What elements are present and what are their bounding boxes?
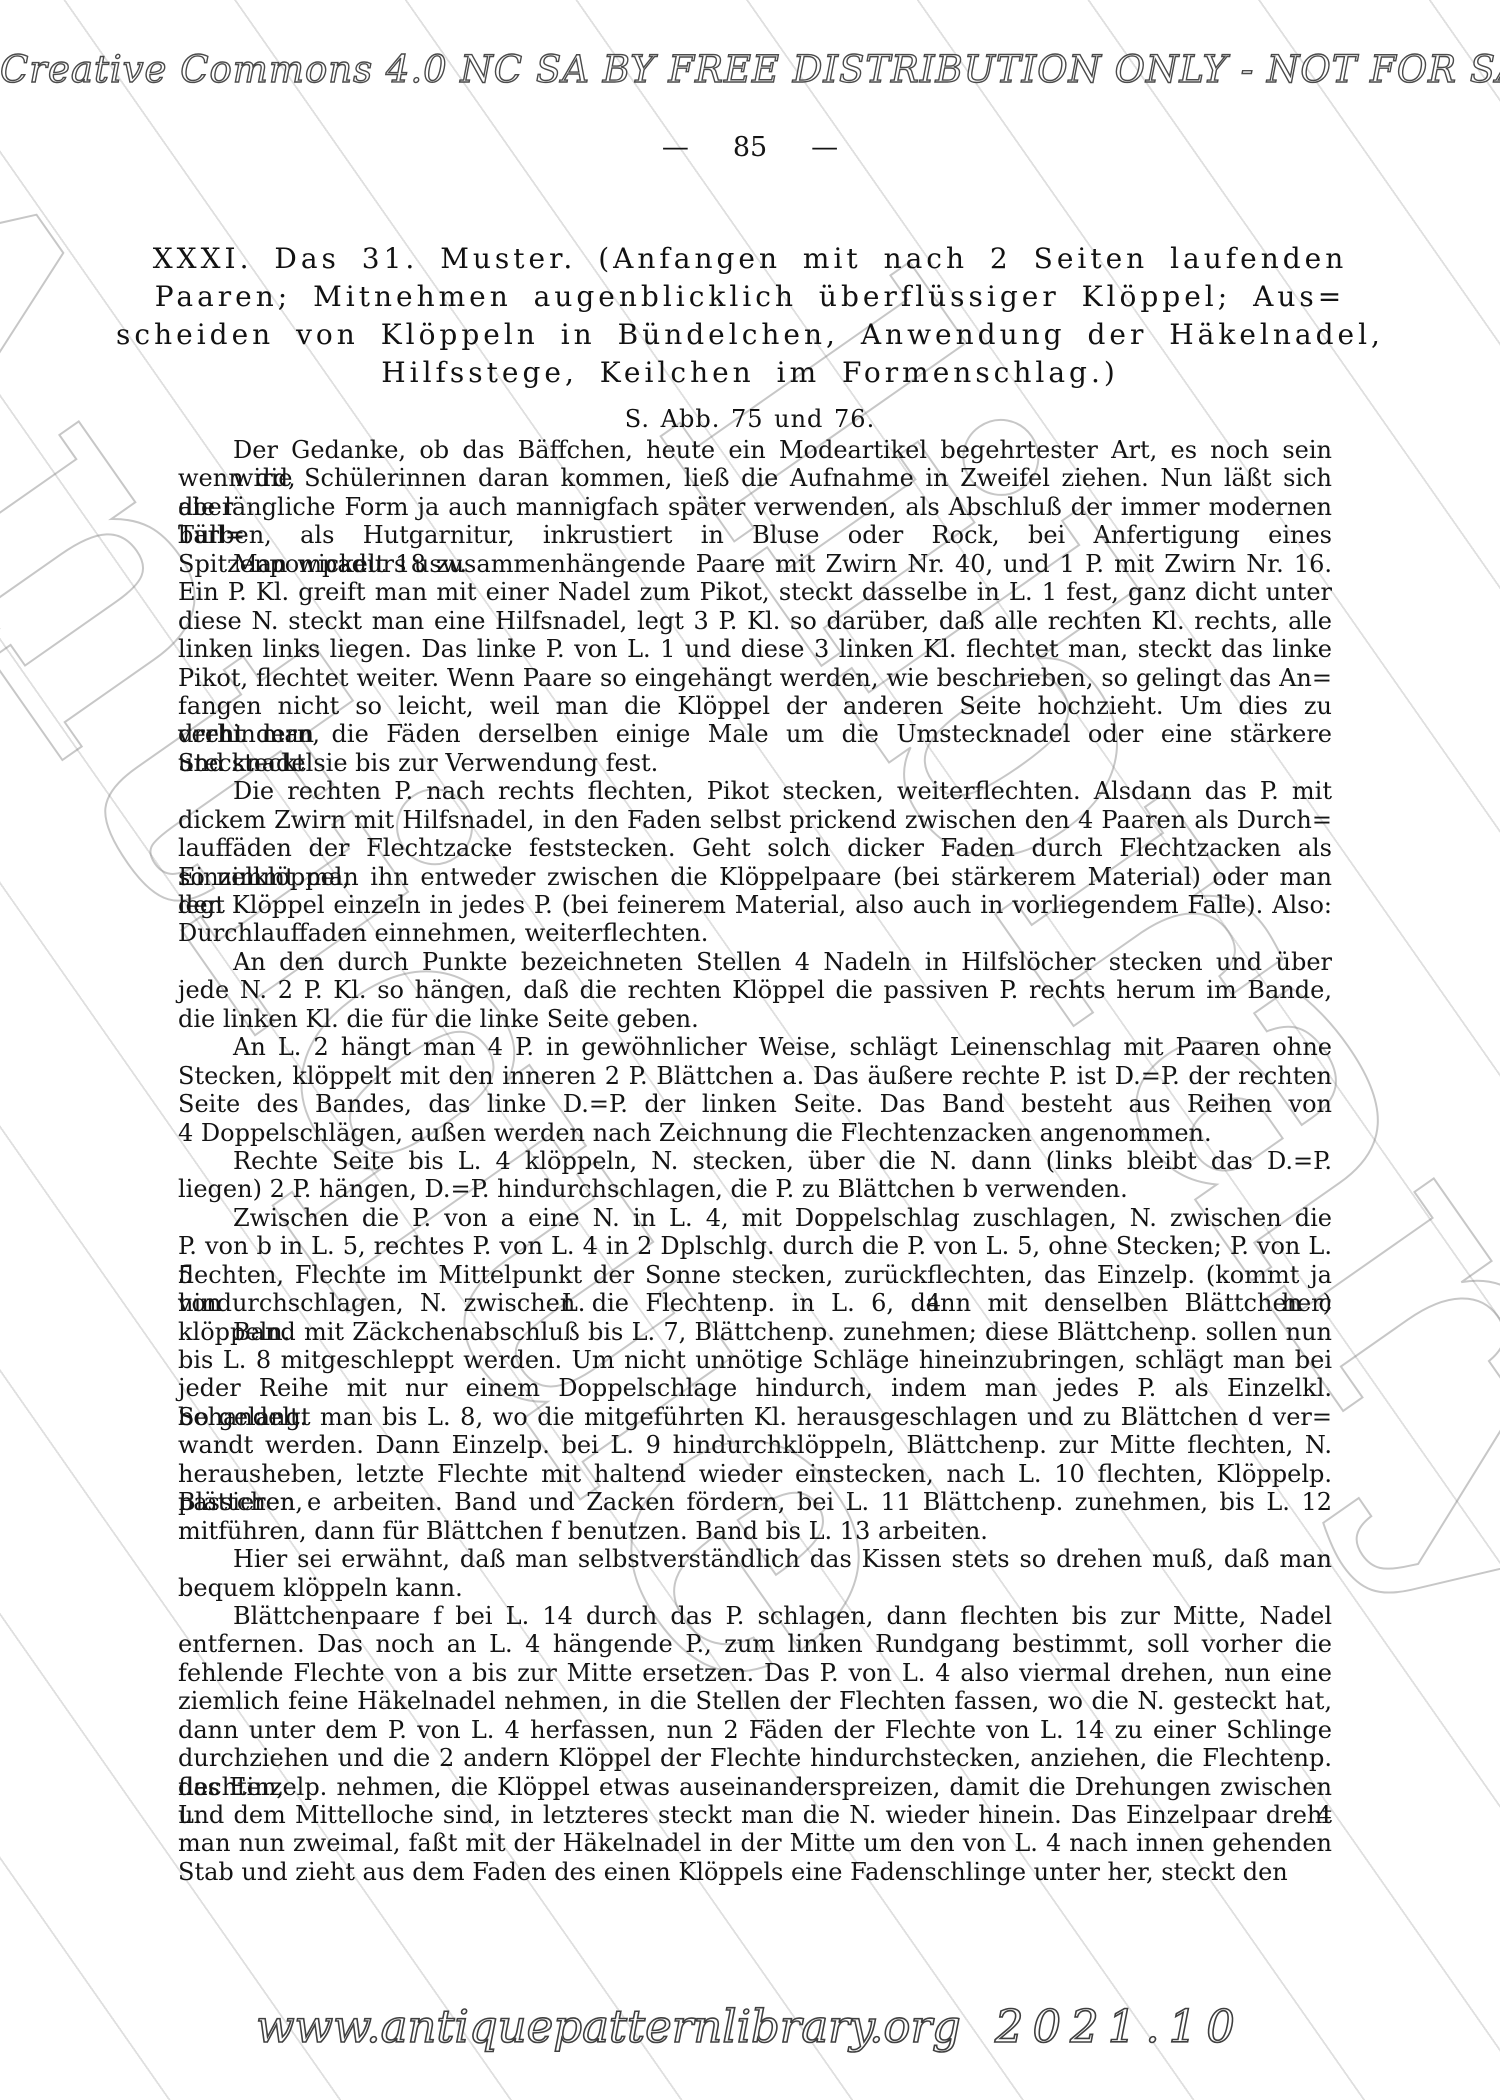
text-line: mitführen, dann für Blättchen f benutzen…: [178, 1517, 1332, 1545]
heading-line-3: scheiden von Klöppeln in Bündelchen, Anw…: [0, 316, 1500, 354]
text-line: durchziehen und die 2 andern Klöppel der…: [178, 1744, 1332, 1772]
text-line: Stab und zieht aus dem Faden des einen K…: [178, 1858, 1332, 1886]
text-line: So gelangt man bis L. 8, wo die mitgefüh…: [178, 1403, 1332, 1431]
page-number-dash-right: —: [811, 132, 838, 163]
text-line: P. von b in L. 5, rechtes P. von L. 4 in…: [178, 1232, 1332, 1260]
text-line: den Klöppel einzeln in jedes P. (bei fei…: [178, 891, 1332, 919]
chapter-heading: XXXI. Das 31. Muster. (Anfangen mit nach…: [0, 240, 1500, 438]
footer-banner: www.antiquepatternlibrary.org2021.10: [0, 2000, 1500, 2053]
page-number: —85—: [0, 132, 1500, 163]
heading-line-2: Paaren; Mitnehmen augenblicklich überflü…: [0, 278, 1500, 316]
footer-site-url: www.antiquepatternlibrary.org: [256, 2000, 961, 2053]
text-line: bequem klöppeln kann.: [178, 1574, 1332, 1602]
paragraph: Band mit Zäckchenabschluß bis L. 7, Blät…: [178, 1318, 1332, 1546]
text-line: und dem Mittelloche sind, in letzteres s…: [178, 1801, 1332, 1829]
text-line: jede N. 2 P. Kl. so hängen, daß die rech…: [178, 976, 1332, 1004]
text-line: Man wickelt 18 zusammenhängende Paare mi…: [178, 550, 1332, 578]
text-line: An den durch Punkte bezeichneten Stellen…: [178, 948, 1332, 976]
text-line: ziemlich feine Häkelnadel nehmen, in die…: [178, 1687, 1332, 1715]
text-line: Stecken, klöppelt mit den inneren 2 P. B…: [178, 1062, 1332, 1090]
text-line: barben, als Hutgarnitur, inkrustiert in …: [178, 521, 1332, 549]
text-line: linken links liegen. Das linke P. von L.…: [178, 635, 1332, 663]
text-line: die längliche Form ja auch mannigfach sp…: [178, 493, 1332, 521]
text-line: entfernen. Das noch an L. 4 hängende P.,…: [178, 1630, 1332, 1658]
text-line: liegen) 2 P. hängen, D.=P. hindurchschla…: [178, 1175, 1332, 1203]
text-line: jeder Reihe mit nur einem Doppelschlage …: [178, 1374, 1332, 1402]
text-line: das Einzelp. nehmen, die Klöppel etwas a…: [178, 1773, 1332, 1801]
text-line: Band mit Zäckchenabschluß bis L. 7, Blät…: [178, 1318, 1332, 1346]
text-line: Pikot, flechtet weiter. Wenn Paare so ei…: [178, 664, 1332, 692]
paragraph: Blättchenpaare f bei L. 14 durch das P. …: [178, 1602, 1332, 1886]
text-line: An L. 2 hängt man 4 P. in gewöhnlicher W…: [178, 1033, 1332, 1061]
text-line: und steckt sie bis zur Verwendung fest.: [178, 749, 1332, 777]
page-number-dash-left: —: [662, 132, 689, 163]
text-line: wandt werden. Dann Einzelp. bei L. 9 hin…: [178, 1431, 1332, 1459]
text-line: Der Gedanke, ob das Bäffchen, heute ein …: [178, 436, 1332, 464]
text-line: Zwischen die P. von a eine N. in L. 4, m…: [178, 1204, 1332, 1232]
text-line: diese N. steckt man eine Hilfsnadel, leg…: [178, 607, 1332, 635]
text-line: Blättchenpaare f bei L. 14 durch das P. …: [178, 1602, 1332, 1630]
text-line: Hier sei erwähnt, daß man selbstverständ…: [178, 1545, 1332, 1573]
text-line: so nimmt man ihn entweder zwischen die K…: [178, 863, 1332, 891]
text-line: dickem Zwirn mit Hilfsnadel, in den Fade…: [178, 806, 1332, 834]
text-line: man nun zweimal, faßt mit der Häkelnadel…: [178, 1829, 1332, 1857]
text-line: dreht man die Fäden derselben einige Mal…: [178, 720, 1332, 748]
page-number-value: 85: [733, 132, 767, 163]
text-line: Rechte Seite bis L. 4 klöppeln, N. steck…: [178, 1147, 1332, 1175]
text-line: hindurchschlagen, N. zwischen die Flecht…: [178, 1289, 1332, 1317]
text-line: herausheben, letzte Flechte mit haltend …: [178, 1460, 1332, 1488]
text-line: lauffäden der Flechtzacke feststecken. G…: [178, 834, 1332, 862]
text-line: Durchlauffaden einnehmen, weiterflechten…: [178, 919, 1332, 947]
paragraph: Zwischen die P. von a eine N. in L. 4, m…: [178, 1204, 1332, 1318]
text-line: fangen nicht so leicht, weil man die Klö…: [178, 692, 1332, 720]
heading-line-1: XXXI. Das 31. Muster. (Anfangen mit nach…: [0, 240, 1500, 278]
text-line: flechten, Flechte im Mittelpunkt der Son…: [178, 1261, 1332, 1289]
text-line: wenn die Schülerinnen daran kommen, ließ…: [178, 464, 1332, 492]
license-banner: Creative Commons 4.0 NC SA BY FREE DISTR…: [0, 48, 1500, 91]
figure-reference: S. Abb. 75 und 76.: [0, 400, 1500, 438]
paragraph: Man wickelt 18 zusammenhängende Paare mi…: [178, 550, 1332, 778]
paragraph: Rechte Seite bis L. 4 klöppeln, N. steck…: [178, 1147, 1332, 1204]
text-line: Blättchen e arbeiten. Band und Zacken fö…: [178, 1488, 1332, 1516]
text-line: Die rechten P. nach rechts flechten, Pik…: [178, 777, 1332, 805]
text-line: die linken Kl. die für die linke Seite g…: [178, 1005, 1332, 1033]
text-line: fehlende Flechte von a bis zur Mitte ers…: [178, 1659, 1332, 1687]
text-line: Seite des Bandes, das linke D.=P. der li…: [178, 1090, 1332, 1118]
body-text: Der Gedanke, ob das Bäffchen, heute ein …: [178, 436, 1332, 1886]
paragraph: An L. 2 hängt man 4 P. in gewöhnlicher W…: [178, 1033, 1332, 1147]
paragraph: Hier sei erwähnt, daß man selbstverständ…: [178, 1545, 1332, 1602]
paragraph: An den durch Punkte bezeichneten Stellen…: [178, 948, 1332, 1033]
text-line: Ein P. Kl. greift man mit einer Nadel zu…: [178, 578, 1332, 606]
scanned-page: Antique library Creative Commons 4.0 NC …: [0, 0, 1500, 2100]
text-line: dann unter dem P. von L. 4 herfassen, nu…: [178, 1716, 1332, 1744]
text-line: 4 Doppelschlägen, außen werden nach Zeic…: [178, 1119, 1332, 1147]
footer-edition: 2021.10: [995, 2000, 1244, 2053]
page-content: Creative Commons 4.0 NC SA BY FREE DISTR…: [0, 0, 1500, 2100]
heading-line-4: Hilfsstege, Keilchen im Formenschlag.): [0, 354, 1500, 392]
paragraph: Der Gedanke, ob das Bäffchen, heute ein …: [178, 436, 1332, 550]
text-line: bis L. 8 mitgeschleppt werden. Um nicht …: [178, 1346, 1332, 1374]
paragraph: Die rechten P. nach rechts flechten, Pik…: [178, 777, 1332, 948]
